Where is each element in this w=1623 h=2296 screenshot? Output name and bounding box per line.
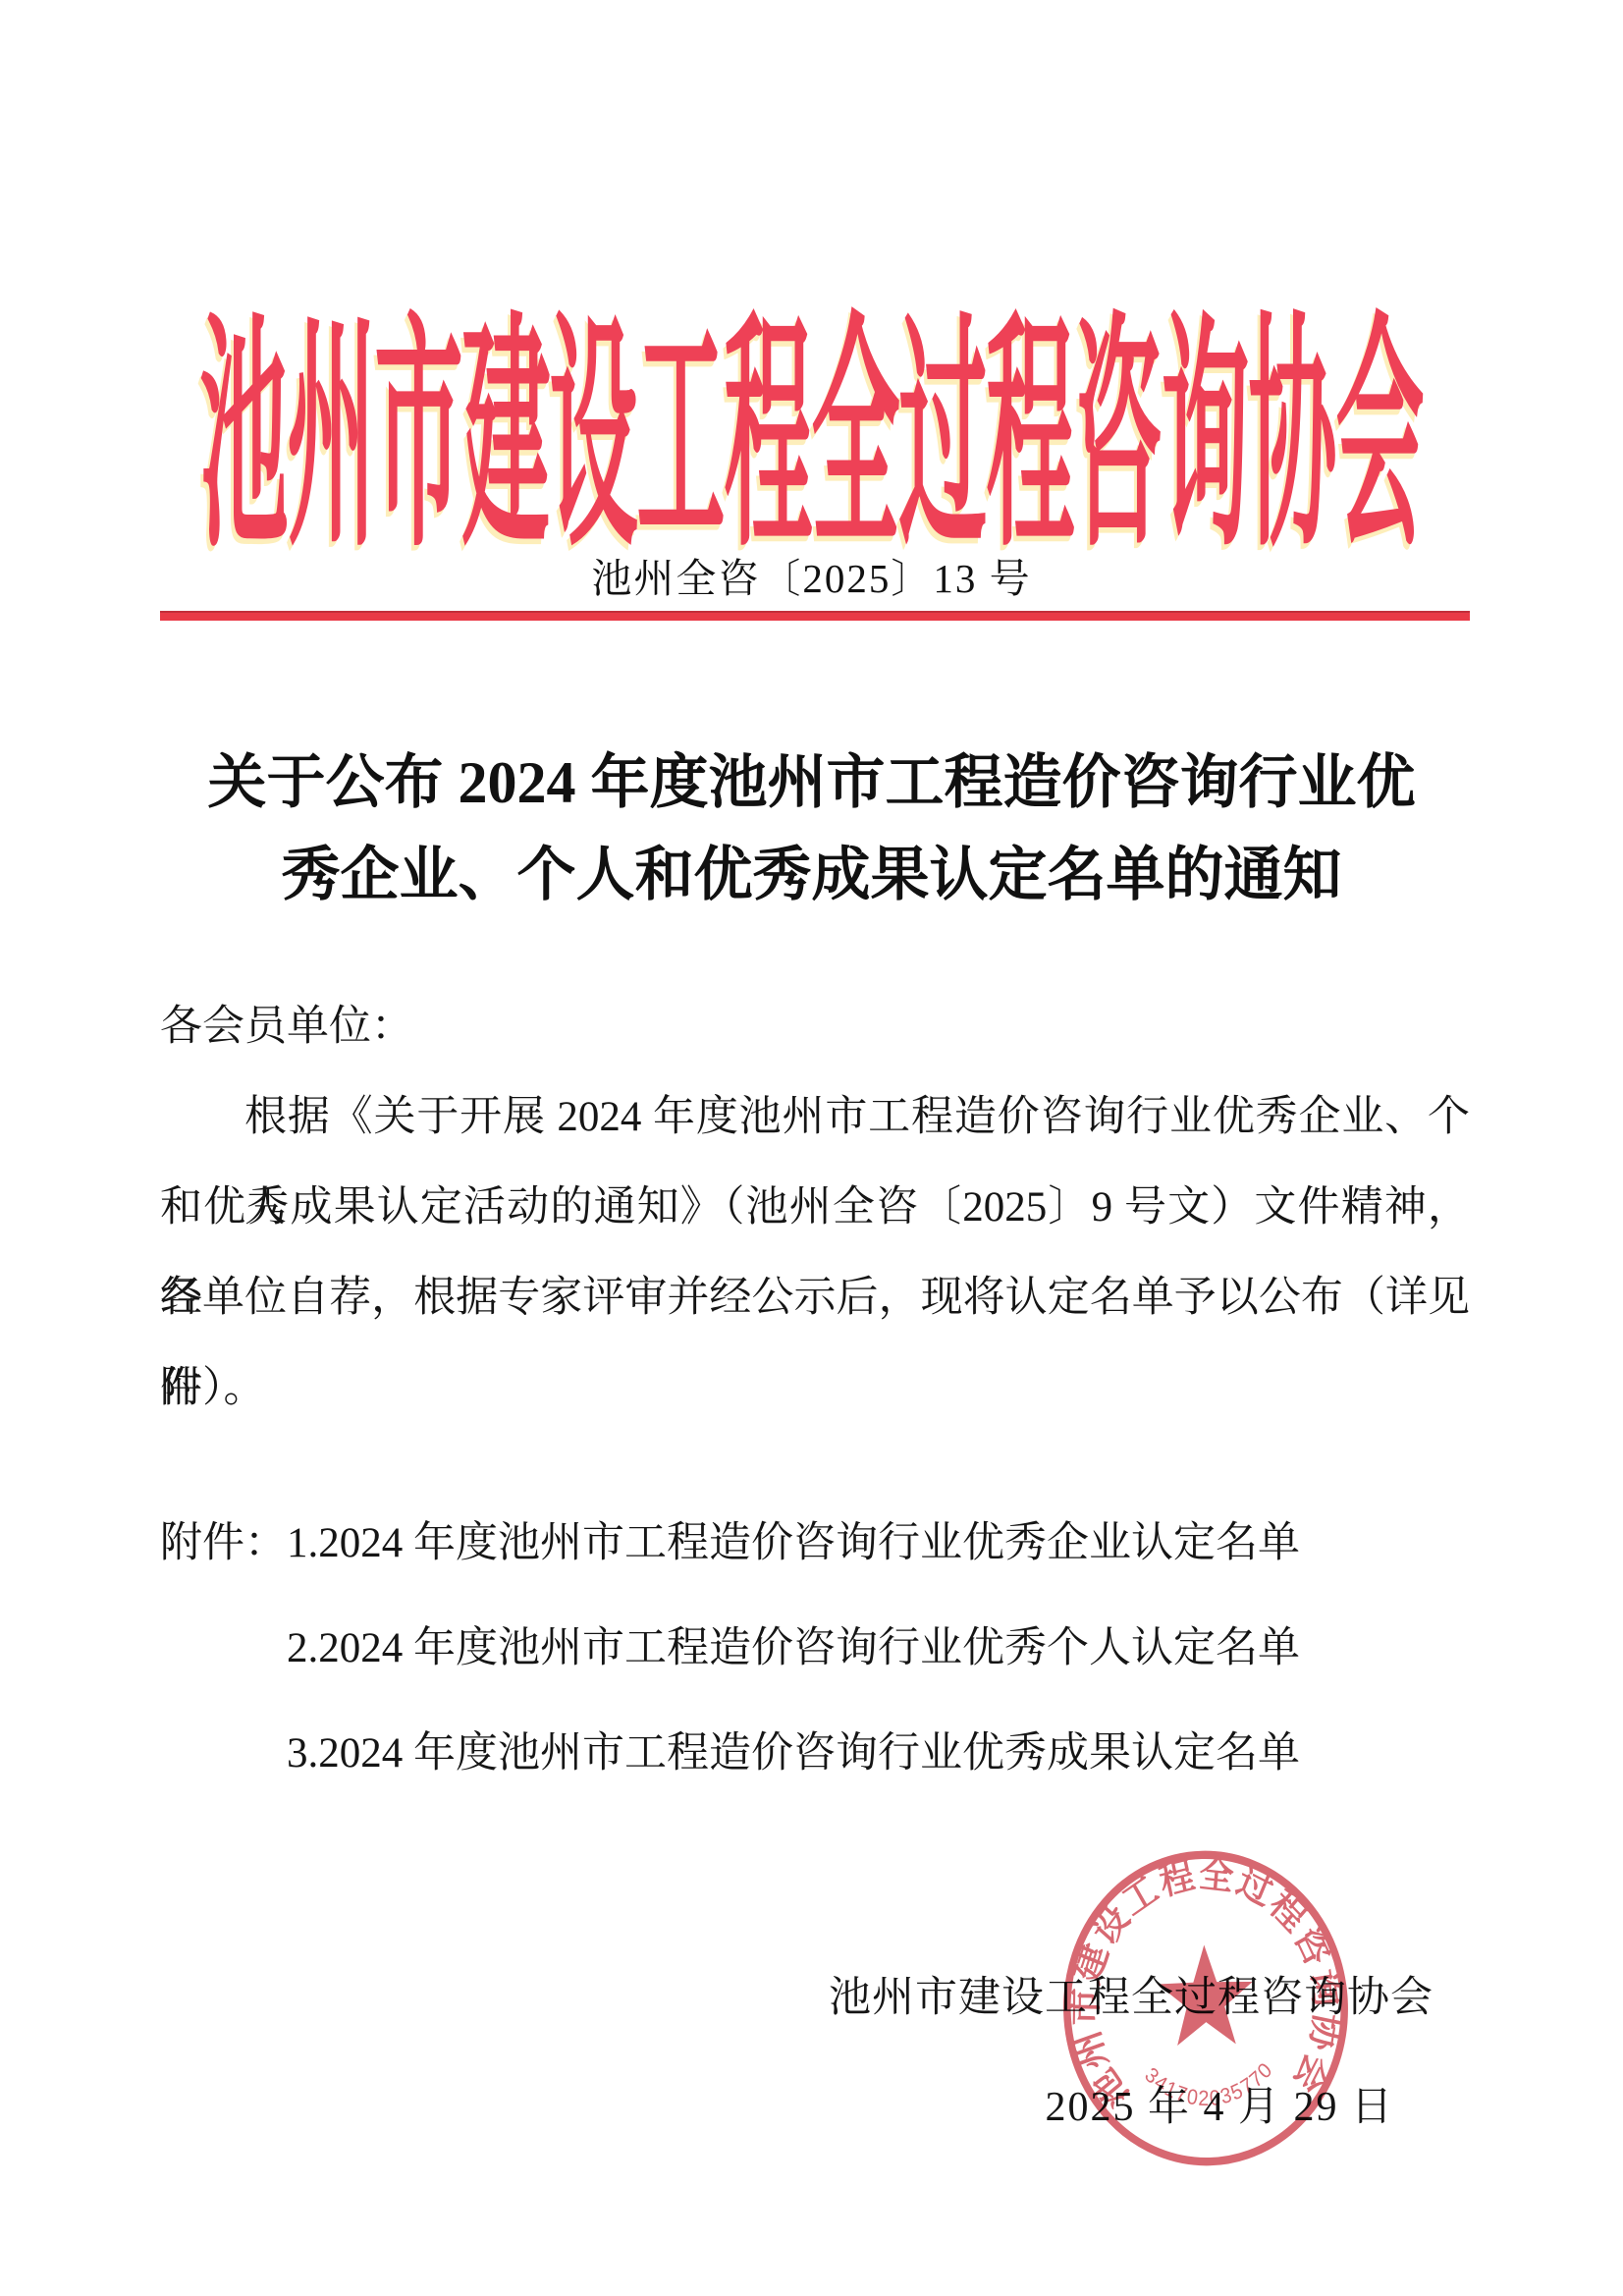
attachment-item-3: 3.2024 年度池州市工程造价咨询行业优秀成果认定名单 xyxy=(160,1701,1470,1806)
attachment-item: 附件：1.2024 年度池州市工程造价咨询行业优秀企业认定名单 xyxy=(160,1491,1470,1596)
body-line: 根据《关于开展 2024 年度池州市工程造价咨询行业优秀企业、个人 xyxy=(160,1072,1470,1163)
attachment-item-2: 2.2024 年度池州市工程造价咨询行业优秀个人认定名单 xyxy=(160,1596,1470,1701)
body-line: 和优秀成果认定活动的通知》（池州全咨〔2025〕9 号文）文件精神，经 xyxy=(160,1163,1470,1253)
notice-title-line-2: 秀企业、个人和优秀成果认定名单的通知 xyxy=(88,829,1535,921)
doc-number: 池州全咨〔2025〕13 号 xyxy=(0,546,1623,604)
attachments-label: 附件： xyxy=(160,1520,287,1566)
body-line: 件）。 xyxy=(160,1343,1470,1434)
attachment-item-1: 1.2024 年度池州市工程造价咨询行业优秀企业认定名单 xyxy=(287,1520,1300,1566)
body-text: 各会员单位： 根据《关于开展 2024 年度池州市工程造价咨询行业优秀企业、个人… xyxy=(160,982,1470,1434)
notice-title: 关于公布 2024 年度池州市工程造价咨询行业优 秀企业、个人和优秀成果认定名单… xyxy=(88,737,1535,921)
body-line: 各单位自荐，根据专家评审并经公示后，现将认定名单予以公布（详见附 xyxy=(160,1253,1470,1343)
notice-title-line-1: 关于公布 2024 年度池州市工程造价咨询行业优 xyxy=(88,737,1535,829)
red-separator-line xyxy=(160,611,1470,621)
attachments-list: 附件：1.2024 年度池州市工程造价咨询行业优秀企业认定名单 2.2024 年… xyxy=(160,1491,1470,1806)
salutation: 各会员单位： xyxy=(160,982,1470,1072)
official-document-page: 池州市建设工程全过程咨询协会 池州全咨〔2025〕13 号 关于公布 2024 … xyxy=(0,0,1623,2296)
seal-star-icon xyxy=(1157,1943,1254,2046)
official-seal: 池州市建设工程全过程咨询协会 3417020357702 xyxy=(1044,1831,1367,2186)
letterhead-title: 池州市建设工程全过程咨询协会 xyxy=(0,234,1623,594)
